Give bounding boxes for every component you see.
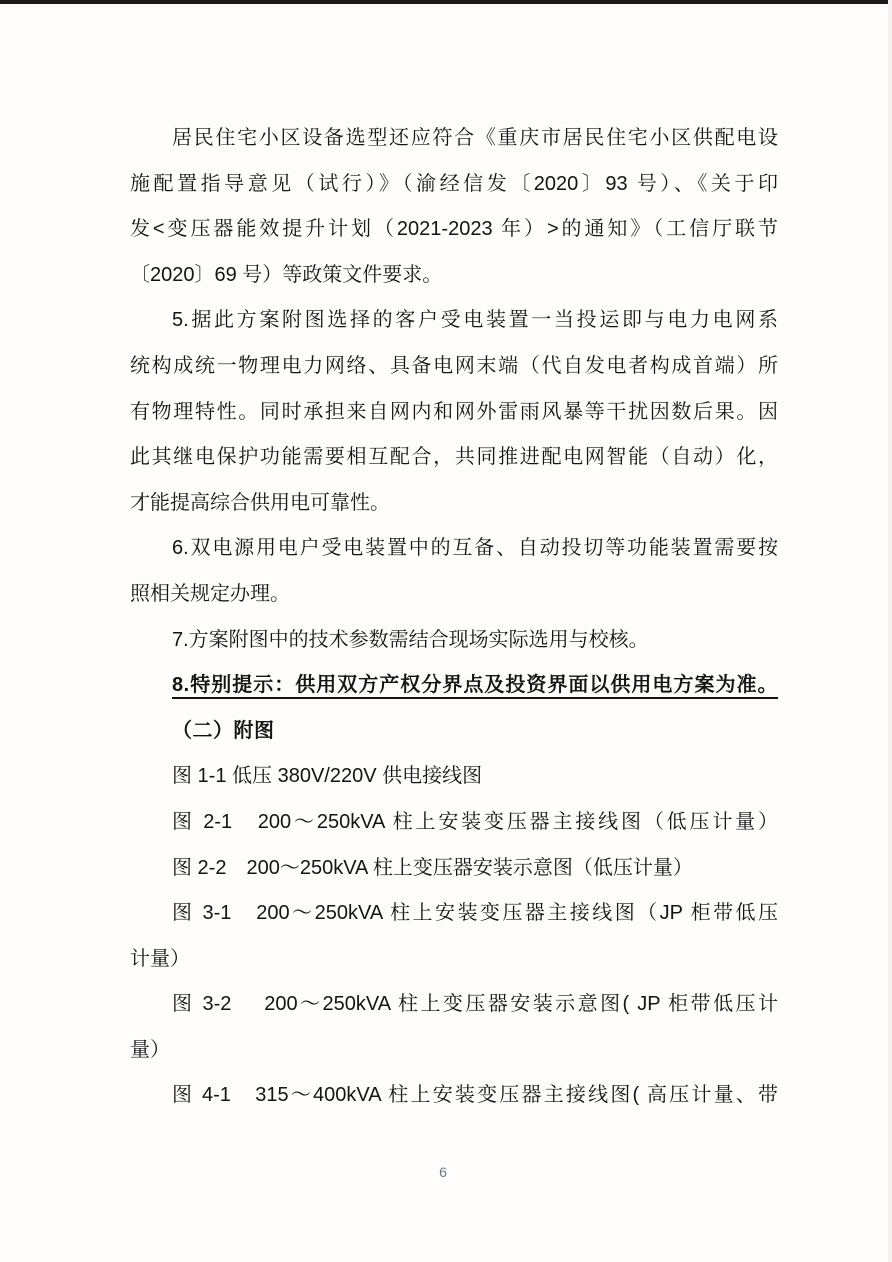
paragraph-line: 5.据此方案附图选择的客户受电装置一当投运即与电力电网系 [130,298,778,344]
figure-list-line: 计量） [130,937,778,983]
page-top-edge [0,0,892,4]
page-right-edge-shadow [888,0,892,1262]
paragraph-line: 此其继电保护功能需要相互配合，共同推进配电网智能（自动）化， [130,435,778,481]
paragraph-line: 照相关规定办理。 [130,572,778,618]
figure-list-line: 图 1-1 低压 380V/220V 供电接线图 [130,754,778,800]
special-note-line: 8.特别提示：供用双方产权分界点及投资界面以供用电方案为准。 [130,663,778,709]
figure-list-line: 图 3-2 200～250kVA 柱上变压器安装示意图( JP 柜带低压计 [130,982,778,1028]
paragraph-line: 统构成统一物理电力网络、具备电网末端（代自发电者构成首端）所 [130,344,778,390]
page-number: 6 [0,1164,886,1180]
figure-list-line: 图 2-1 200～250kVA 柱上安装变压器主接线图（低压计量） [130,800,778,846]
section-heading: （二）附图 [130,709,778,755]
paragraph-line: 施配置指导意见（试行）》（渝经信发〔2020〕93 号）、《关于印 [130,162,778,208]
paragraph-line: 居民住宅小区设备选型还应符合《重庆市居民住宅小区供配电设 [130,116,778,162]
paragraph-line: 7.方案附图中的技术参数需结合现场实际选用与校核。 [130,618,778,664]
paragraph-line: 6.双电源用电户受电装置中的互备、自动投切等功能装置需要按 [130,526,778,572]
document-content: 居民住宅小区设备选型还应符合《重庆市居民住宅小区供配电设 施配置指导意见（试行）… [130,116,778,1119]
figure-list-line: 量） [130,1028,778,1074]
figure-list-line: 图 3-1 200～250kVA 柱上安装变压器主接线图（JP 柜带低压 [130,891,778,937]
paragraph-line: 才能提高综合供用电可靠性。 [130,481,778,527]
paragraph-line: 发<变压器能效提升计划（2021-2023 年）>的通知》（工信厅联节 [130,207,778,253]
figure-list-line: 图 2-2 200～250kVA 柱上变压器安装示意图（低压计量） [130,846,778,892]
figure-list-line: 图 4-1 315～400kVA 柱上安装变压器主接线图( 高压计量、带 [130,1073,778,1119]
paragraph-line: 有物理特性。同时承担来自网内和网外雷雨风暴等干扰因数后果。因 [130,390,778,436]
document-page: 居民住宅小区设备选型还应符合《重庆市居民住宅小区供配电设 施配置指导意见（试行）… [0,0,892,1262]
paragraph-line: 〔2020〕69 号）等政策文件要求。 [130,253,778,299]
